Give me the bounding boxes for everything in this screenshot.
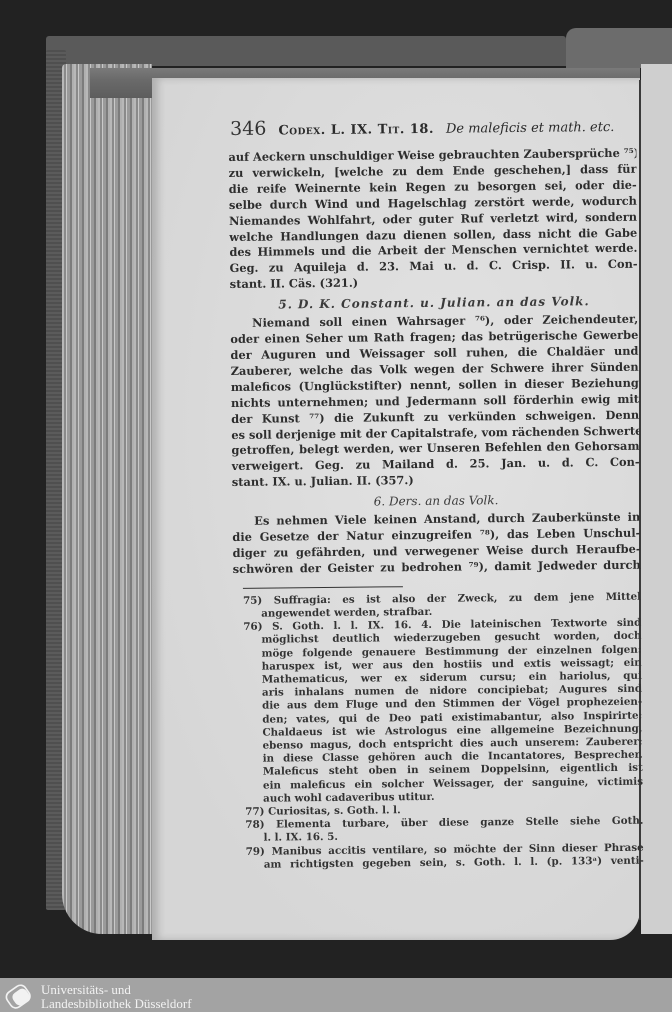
section-heading-6: 6. Ders. an das Volk. xyxy=(232,490,640,512)
header-codex: Codex. L. IX. Tit. 18. xyxy=(278,122,434,139)
running-header: 346 Codex. L. IX. Tit. 18. De maleficis … xyxy=(230,114,636,140)
page-text-block: 346 Codex. L. IX. Tit. 18. De maleficis … xyxy=(228,114,644,872)
facing-page-edge xyxy=(641,64,672,934)
body-paragraph: auf Aeckern unschuldiger Weise gebraucht… xyxy=(228,146,637,293)
text-line: stant. IX. u. Julian. II. (357.) xyxy=(232,471,640,491)
page-number: 346 xyxy=(230,118,266,140)
footnotes: 75) Suffragia: es ist also der Zweck, zu… xyxy=(233,590,644,872)
footnote-rule xyxy=(243,586,403,589)
text-line: stant. II. Cäs. (321.) xyxy=(230,273,638,293)
page-stack-edge xyxy=(62,64,152,934)
book-logo-icon xyxy=(4,982,34,1010)
institution-line-2: Landesbibliothek Düsseldorf xyxy=(41,997,192,1011)
header-running-title: De maleficis et math. etc. xyxy=(446,120,615,137)
book-cover-right xyxy=(566,28,672,68)
text-line: schwören der Geister zu bedrohen ⁷⁹), da… xyxy=(233,558,641,578)
institution-name: Universitäts- und Landesbibliothek Düsse… xyxy=(41,983,192,1011)
section-5-paragraph: Niemand soll einen Wahrsager ⁷⁶), oder Z… xyxy=(230,312,640,491)
book-cover-top xyxy=(46,36,566,66)
section-6-paragraph: Es nehmen Viele keinen Anstand, durch Za… xyxy=(232,510,641,578)
section-heading-5: 5. D. K. Constant. u. Julian. an das Vol… xyxy=(230,292,638,314)
institution-line-1: Universitäts- und xyxy=(41,983,192,997)
